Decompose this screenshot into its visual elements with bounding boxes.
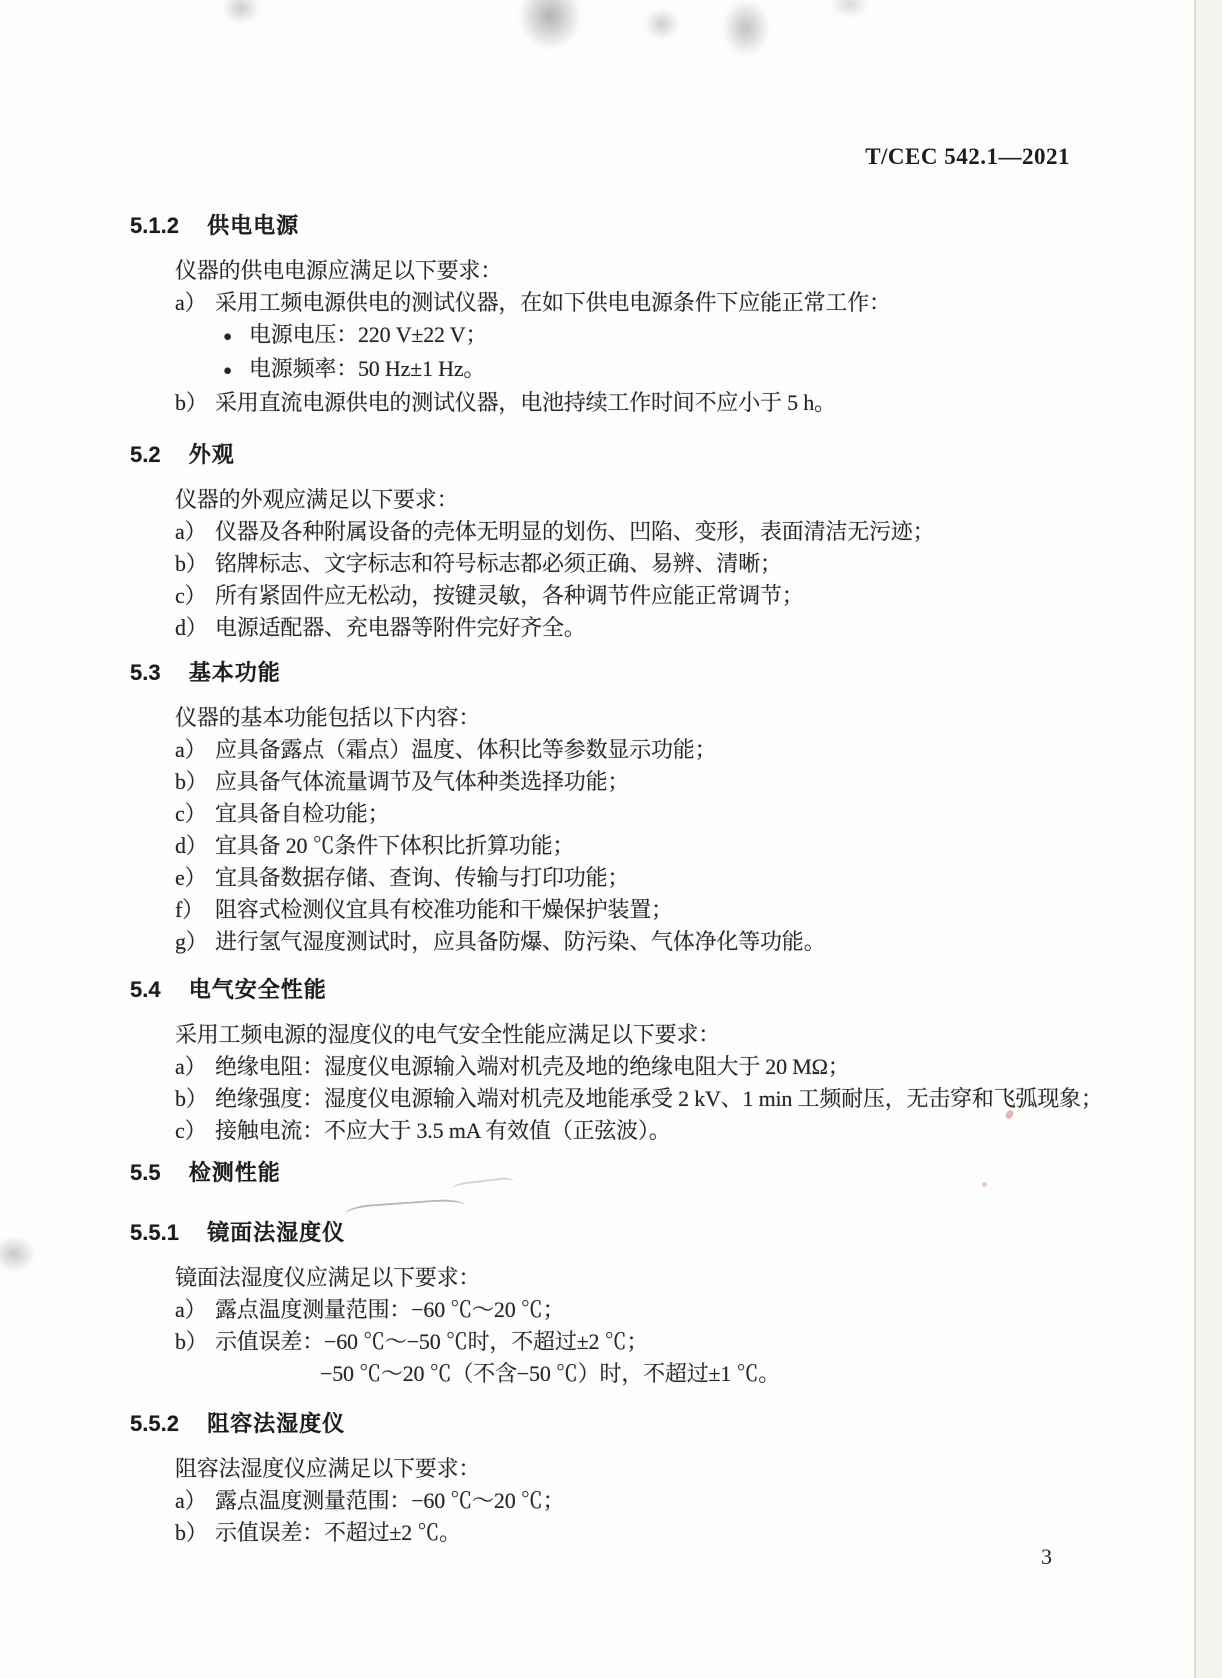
list-item-text: 应具备气体流量调节及气体种类选择功能； — [215, 769, 629, 794]
section-heading-5-4: 5.4 电气安全性能 — [0, 974, 1222, 1006]
bullet-icon: ● — [223, 355, 249, 387]
section-intro: 采用工频电源的湿度仪的电气安全性能应满足以下要求： — [0, 1019, 1222, 1051]
bullet-text: 电源频率：50 Hz±1 Hz。 — [249, 356, 485, 381]
section-intro: 仪器的供电电源应满足以下要求： — [0, 255, 1222, 287]
list-item: f）阻容式检测仪宜具有校准功能和干燥保护装置； — [0, 894, 1222, 926]
list-item: d）宜具备 20 ℃条件下体积比折算功能； — [0, 830, 1222, 862]
section-heading-5-3: 5.3 基本功能 — [0, 657, 1222, 689]
section-number: 5.5 — [130, 1157, 161, 1189]
list-item: b）铭牌标志、文字标志和符号标志都必须正确、易辨、清晰； — [0, 548, 1222, 580]
list-item-text: 阻容式检测仪宜具有校准功能和干燥保护装置； — [215, 897, 673, 922]
list-item-text: 接触电流：不应大于 3.5 mA 有效值（正弦波）。 — [215, 1118, 671, 1143]
section-title: 电气安全性能 — [189, 974, 327, 1006]
section-intro: 阻容法湿度仪应满足以下要求： — [0, 1453, 1222, 1485]
list-item-text: 露点温度测量范围：−60 ℃～20 ℃； — [215, 1297, 564, 1322]
list-item-text: 宜具备 20 ℃条件下体积比折算功能； — [215, 833, 574, 858]
list-item-label: b） — [175, 387, 215, 419]
list-item-text: 宜具备数据存储、查询、传输与打印功能； — [215, 865, 629, 890]
list-item-text: 采用直流电源供电的测试仪器，电池持续工作时间不应小于 5 h。 — [215, 390, 836, 415]
list-item-text: 绝缘电阻：湿度仪电源输入端对机壳及地的绝缘电阻大于 20 MΩ； — [215, 1054, 850, 1079]
section-heading-5-5-1: 5.5.1 镜面法湿度仪 — [0, 1217, 1222, 1249]
section-intro: 仪器的外观应满足以下要求： — [0, 484, 1222, 516]
list-item-label: f） — [175, 894, 215, 926]
list-item-label: b） — [175, 1517, 215, 1549]
bullet-text: 电源电压：220 V±22 V； — [249, 322, 487, 347]
list-item: a）采用工频电源供电的测试仪器，在如下供电电源条件下应能正常工作： — [0, 287, 1222, 319]
list-item-label: b） — [175, 1326, 215, 1358]
section-number: 5.5.1 — [130, 1217, 179, 1249]
list-item-continuation: −50 ℃～20 ℃（不含−50 ℃）时，不超过±1 ℃。 — [0, 1358, 1222, 1390]
list-item: c）宜具备自检功能； — [0, 798, 1222, 830]
section-title: 检测性能 — [189, 1157, 281, 1189]
section-heading-5-5-2: 5.5.2 阻容法湿度仪 — [0, 1408, 1222, 1440]
list-item: a）绝缘电阻：湿度仪电源输入端对机壳及地的绝缘电阻大于 20 MΩ； — [0, 1051, 1222, 1083]
list-item-label: b） — [175, 766, 215, 798]
bullet-item: ●电源电压：220 V±22 V； — [0, 319, 1222, 353]
list-item-label: c） — [175, 580, 215, 612]
list-item-label: a） — [175, 1294, 215, 1326]
list-item: a）露点温度测量范围：−60 ℃～20 ℃； — [0, 1485, 1222, 1517]
list-item-label: a） — [175, 1051, 215, 1083]
list-item: e）宜具备数据存储、查询、传输与打印功能； — [0, 862, 1222, 894]
list-item-label: a） — [175, 287, 215, 319]
section-title: 基本功能 — [189, 657, 281, 689]
section-number: 5.3 — [130, 657, 161, 689]
section-intro: 仪器的基本功能包括以下内容： — [0, 702, 1222, 734]
list-item-text: 采用工频电源供电的测试仪器，在如下供电电源条件下应能正常工作： — [215, 290, 891, 315]
list-item: g）进行氢气湿度测试时，应具备防爆、防污染、气体净化等功能。 — [0, 926, 1222, 958]
list-item-label: a） — [175, 1485, 215, 1517]
section-title: 外观 — [189, 439, 235, 471]
list-item-text: 露点温度测量范围：−60 ℃～20 ℃； — [215, 1488, 564, 1513]
list-item-text: 应具备露点（霜点）温度、体积比等参数显示功能； — [215, 737, 716, 762]
list-item: b）采用直流电源供电的测试仪器，电池持续工作时间不应小于 5 h。 — [0, 387, 1222, 419]
list-item-text: 绝缘强度：湿度仪电源输入端对机壳及地能承受 2 kV、1 min 工频耐压，无击… — [215, 1086, 1103, 1111]
section-heading-5-5: 5.5 检测性能 — [0, 1157, 1222, 1189]
section-number: 5.1.2 — [130, 210, 179, 242]
list-item: a）仪器及各种附属设备的壳体无明显的划伤、凹陷、变形，表面清洁无污迹； — [0, 516, 1222, 548]
bullet-item: ●电源频率：50 Hz±1 Hz。 — [0, 353, 1222, 387]
section-title: 阻容法湿度仪 — [207, 1408, 345, 1440]
list-item: b）示值误差：−60 ℃～−50 ℃时，不超过±2 ℃； — [0, 1326, 1222, 1358]
list-item: c）所有紧固件应无松动，按键灵敏，各种调节件应能正常调节； — [0, 580, 1222, 612]
list-item: b）示值误差：不超过±2 ℃。 — [0, 1517, 1222, 1549]
section-number: 5.2 — [130, 439, 161, 471]
section-heading-5-1-2: 5.1.2 供电电源 — [0, 210, 1222, 242]
list-item-label: c） — [175, 798, 215, 830]
section-title: 供电电源 — [207, 210, 299, 242]
list-item-label: d） — [175, 612, 215, 644]
list-item-text: 所有紧固件应无松动，按键灵敏，各种调节件应能正常调节； — [215, 583, 804, 608]
list-item-text: 仪器及各种附属设备的壳体无明显的划伤、凹陷、变形，表面清洁无污迹； — [215, 519, 934, 544]
list-item-label: a） — [175, 734, 215, 766]
list-item-text: 示值误差：−60 ℃～−50 ℃时，不超过±2 ℃； — [215, 1329, 648, 1354]
list-item-label: a） — [175, 516, 215, 548]
bullet-icon: ● — [223, 321, 249, 353]
list-item-text: 宜具备自检功能； — [215, 801, 389, 826]
list-item-label: b） — [175, 548, 215, 580]
section-number: 5.5.2 — [130, 1408, 179, 1440]
list-item-label: c） — [175, 1115, 215, 1147]
list-item: b）绝缘强度：湿度仪电源输入端对机壳及地能承受 2 kV、1 min 工频耐压，… — [0, 1083, 1222, 1115]
list-item: c）接触电流：不应大于 3.5 mA 有效值（正弦波）。 — [0, 1115, 1222, 1147]
list-item-text: 电源适配器、充电器等附件完好齐全。 — [215, 615, 586, 640]
list-item: d）电源适配器、充电器等附件完好齐全。 — [0, 612, 1222, 644]
list-item: a）露点温度测量范围：−60 ℃～20 ℃； — [0, 1294, 1222, 1326]
list-item: a）应具备露点（霜点）温度、体积比等参数显示功能； — [0, 734, 1222, 766]
section-title: 镜面法湿度仪 — [207, 1217, 345, 1249]
list-item-label: d） — [175, 830, 215, 862]
list-item-text: 进行氢气湿度测试时，应具备防爆、防污染、气体净化等功能。 — [215, 929, 825, 954]
section-heading-5-2: 5.2 外观 — [0, 439, 1222, 471]
list-item-text: 示值误差：不超过±2 ℃。 — [215, 1520, 461, 1545]
list-item-label: b） — [175, 1083, 215, 1115]
page-content: 5.1.2 供电电源 仪器的供电电源应满足以下要求： a）采用工频电源供电的测试… — [0, 0, 1222, 1549]
page-number: 3 — [1041, 1544, 1052, 1570]
section-number: 5.4 — [130, 974, 161, 1006]
list-item-label: g） — [175, 926, 215, 958]
scanned-document-page: T/CEC 542.1—2021 5.1.2 供电电源 仪器的供电电源应满足以下… — [0, 0, 1222, 1678]
list-item: b）应具备气体流量调节及气体种类选择功能； — [0, 766, 1222, 798]
list-item-text: 铭牌标志、文字标志和符号标志都必须正确、易辨、清晰； — [215, 551, 782, 576]
section-intro: 镜面法湿度仪应满足以下要求： — [0, 1262, 1222, 1294]
list-item-label: e） — [175, 862, 215, 894]
